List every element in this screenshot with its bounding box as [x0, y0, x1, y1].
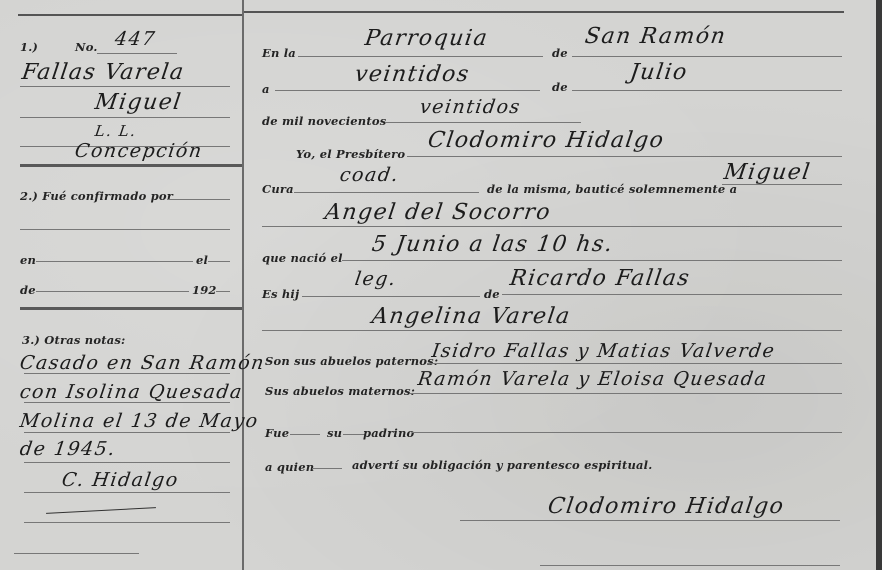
church-value: Parroquia [363, 26, 490, 51]
a-quien-label: a quien [265, 460, 314, 474]
mother-value: Angelina Varela [370, 304, 572, 329]
signature-flourish [46, 507, 156, 514]
godparent-fue-line [290, 434, 320, 435]
mother-line [262, 330, 842, 331]
confirmed-by-line [168, 199, 230, 200]
year-label: de mil novecientos [262, 114, 386, 128]
birth-value: 5 Junio a las 10 hs. [370, 232, 615, 257]
parents-label: de [484, 287, 500, 301]
godparent-line [412, 432, 842, 433]
baptized-label: de la misma, bauticé solemnemente a [487, 182, 737, 196]
town-line [572, 56, 842, 57]
confirmation-year-line [216, 291, 230, 292]
note-rule-6 [24, 522, 230, 523]
confirmation-place-line [36, 261, 193, 262]
filiation-line [302, 296, 480, 297]
cura-line [294, 192, 479, 193]
month-line [572, 90, 842, 91]
note-rule-3 [24, 432, 230, 433]
section2-bottom-rule [20, 307, 242, 310]
section1-number: 1.) [20, 40, 38, 54]
year-value: veintidos [418, 96, 522, 118]
child-name-value-2: Angel del Socorro [323, 200, 552, 225]
cura-role-value: coad. [338, 164, 400, 186]
day-line [275, 90, 540, 91]
top-border-left [18, 14, 244, 16]
signature-line [460, 520, 840, 521]
priest-line [407, 156, 842, 157]
maternal-grandparents-line [410, 393, 842, 394]
day-label: a [262, 82, 270, 96]
page-edge-shadow [876, 0, 882, 570]
section1-bottom-rule [20, 164, 242, 167]
other-notes-label: 3.) Otras notas: [22, 333, 125, 347]
birth-line [342, 260, 842, 261]
given-name-line [20, 117, 230, 118]
record-number-line [97, 53, 177, 54]
confirmation-date-label: el [196, 253, 208, 267]
confirmation-month-line [36, 291, 189, 292]
godparent-fue-label: Fue [265, 426, 289, 440]
legitimacy-value: L. L. [94, 122, 138, 140]
scanned-baptism-record: 1.) No. 447 Fallas Varela Miguel L. L. C… [0, 0, 882, 570]
note-line-1: Casado en San Ramón [18, 352, 266, 374]
year-line [385, 122, 581, 123]
filiation-label: Es hij [262, 287, 299, 301]
confirmation-place-label: en [20, 253, 36, 267]
church-label: En la [262, 46, 296, 60]
paternal-grandparents-label: Son sus abuelos paternos: [265, 354, 438, 368]
town-value: San Ramón [583, 24, 728, 49]
confirmation-year-prefix: 192 [192, 283, 217, 297]
godparent-su-line [343, 434, 365, 435]
parish-value: Concepción [73, 140, 204, 162]
godparent-su-label: su [327, 426, 342, 440]
priest-label: Yo, el Presbítero [296, 147, 405, 161]
note-rule-5 [24, 492, 230, 493]
godparent-label: padrino [363, 426, 414, 440]
note-line-3: Molina el 13 de Mayo [18, 410, 260, 432]
month-label: de [552, 80, 568, 94]
town-label: de [552, 46, 568, 60]
confirmed-by-line-2 [20, 229, 230, 230]
day-value: veintidos [353, 62, 471, 87]
church-line [298, 56, 543, 57]
bottom-rule [540, 565, 840, 566]
father-value: Ricardo Fallas [508, 266, 692, 291]
priest-signature: Clodomiro Hidalgo [546, 494, 786, 519]
note-line-4: de 1945. [18, 438, 117, 460]
note-rule-4 [24, 462, 230, 463]
maternal-grandparents-label: Sus abuelos maternos: [265, 384, 415, 398]
surnames-value: Fallas Varela [20, 60, 186, 85]
cura-label: Cura [262, 182, 294, 196]
confirmation-label: 2.) Fué confirmado por [20, 189, 173, 203]
birth-label: que nació el [262, 251, 343, 265]
month-value: Julio [628, 60, 689, 85]
a-quien-line [312, 468, 342, 469]
maternal-grandparents-value: Ramón Varela y Eloisa Quesada [416, 368, 768, 390]
notes-signature: C. Hidalgo [60, 469, 180, 491]
obligation-text: advertí su obligación y parentesco espir… [352, 458, 652, 472]
priest-value: Clodomiro Hidalgo [426, 128, 666, 153]
column-divider [242, 0, 244, 570]
note-rule-1 [24, 373, 230, 374]
record-number-label: No. [75, 40, 98, 54]
filiation-value: leg. [353, 268, 398, 290]
father-line [502, 294, 842, 295]
surnames-line [20, 86, 230, 87]
confirmation-month-label: de [20, 283, 36, 297]
child-name-value-1: Miguel [722, 160, 812, 185]
top-border-right [244, 11, 844, 13]
child-name-line-2 [262, 226, 842, 227]
note-line-2: con Isolina Quesada [18, 381, 244, 403]
given-name-value: Miguel [93, 90, 183, 115]
note-rule-2 [24, 402, 230, 403]
paternal-grandparents-value: Isidro Fallas y Matias Valverde [430, 340, 776, 362]
record-number-value: 447 [113, 28, 157, 50]
confirmation-date-line [208, 261, 230, 262]
note-rule-7 [14, 553, 139, 554]
paternal-grandparents-line [427, 363, 842, 364]
